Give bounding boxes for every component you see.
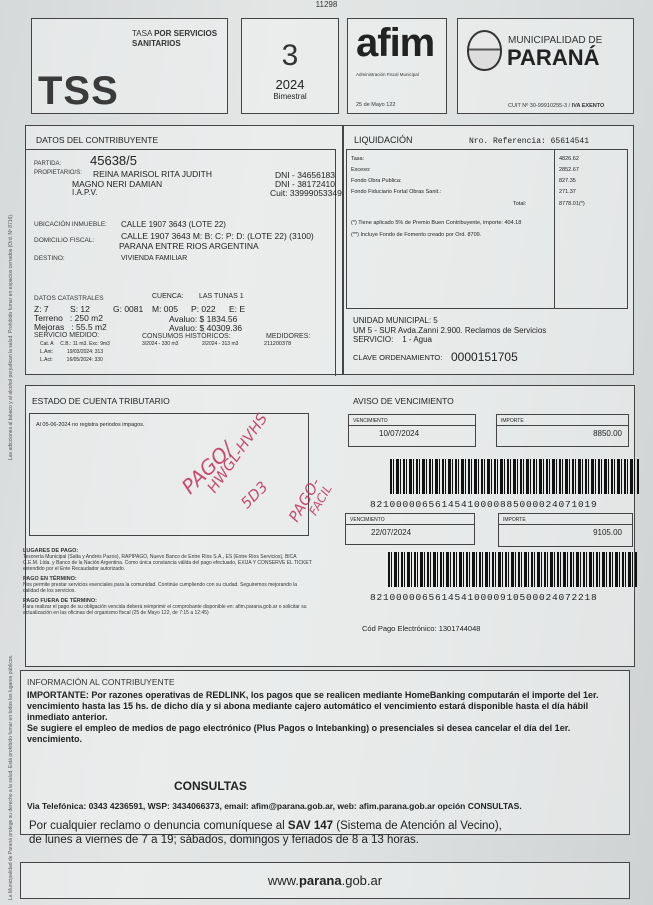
concept: Exceso: (351, 167, 371, 173)
destination-value: VIVIENDA FAMILIAR (121, 255, 187, 262)
concept: Fondo Obra Publica: (351, 178, 401, 184)
period-number: 3 (242, 39, 338, 73)
complaints-hours: de lunes a viernes de 7 a 19; sábados, d… (29, 834, 419, 846)
website-footer: www.parana.gob.ar (20, 862, 630, 899)
barcode-first (390, 459, 640, 494)
total-label: Total: (513, 201, 526, 207)
second-amount-box: IMPORTE 9105.00 (498, 513, 633, 547)
due-date-label: VENCIMIENTO (349, 415, 475, 426)
improvements-appraisal: Avaluo: $ 40309.36 (169, 323, 242, 333)
website-prefix: www. (268, 873, 299, 888)
inquiries-contact: Via Telefónica: 0343 4236591, WSP: 34340… (27, 801, 522, 811)
reference-number: Nro. Referencia: 65614541 (469, 137, 589, 146)
taxpayer-details: PARTIDA: 45638/5 PROPIETARIO/S: REINA MA… (26, 149, 336, 376)
total-amount: 8778.01(*) (559, 201, 585, 207)
first-due-date: 10/07/2024 (349, 426, 475, 441)
previous-reading: L.Ant: 19/03/2024: 313 (40, 349, 103, 355)
municipality-box: MUNICIPALIDAD DE PARANÁ CUIT Nº 30-99910… (457, 18, 634, 114)
complaints-text: Por cualquier reclamo o denuncia comuníq… (29, 819, 502, 847)
taxpayer-title: DATOS DEL CONTRIBUYENTE (36, 135, 158, 145)
cadastral-label: DATOS CATASTRALES (34, 295, 104, 302)
fiscal-address-line2: PARANA ENTRE RIOS ARGENTINA (119, 241, 259, 251)
tax-name: TASA POR SERVICIOS SANITARIOS (132, 29, 217, 49)
category: Cat. A C.B.: 11 m3. Exc: 9m3 (40, 341, 110, 347)
metered-service-label: SERVICIO MEDIDO: (34, 332, 99, 339)
concept: Fondo Fiduciario Fortal Obras Sanit.: (351, 189, 441, 195)
barcode-first-number: 82100000656145410000885000024071019 (370, 499, 598, 510)
first-amount-box: IMPORTE 8850.00 (496, 414, 629, 447)
partida-label: PARTIDA: (34, 161, 61, 167)
meters-label: MEDIDORES: (266, 333, 310, 340)
municipality-line2: PARANÁ (507, 45, 599, 71)
owner-id: Cuit: 33999053349 (270, 188, 342, 198)
iva-status: IVA EXENTO (572, 103, 605, 109)
late-payment-text: Para realizar el pago de su obligación v… (23, 604, 313, 616)
cadastral-g: G: 0081 (113, 304, 143, 314)
settlement-title: LIQUIDACIÓN (354, 135, 413, 145)
account-status-message: Al 05-06-2024 no registra periodos impag… (36, 422, 145, 428)
electronic-payment-code: Cód Pago Electrónico: 1301744048 (362, 624, 480, 633)
ordering-key: 0000151705 (451, 350, 518, 364)
agency-address: 25 de Mayo 122 (356, 102, 395, 108)
info-title: INFORMACIÓN AL CONTRIBUYENTE (27, 677, 175, 687)
basin-value: LAS TUNAS 1 (199, 293, 244, 300)
complaints-pre: Por cualquier reclamo o denuncia comuníq… (29, 820, 288, 832)
tax-type-header: TASA POR SERVICIOS SANITARIOS TSS (31, 18, 228, 114)
amount: 4826.62 (559, 156, 579, 162)
note-fund: (**) Incluye Fondo de Fomento creado por… (351, 232, 481, 238)
service: SERVICIO: 1 - Agua (353, 335, 432, 344)
consumption-1: 3/2024 - 330 m3 (142, 341, 178, 347)
second-due-date: 22/07/2024 (346, 525, 474, 540)
location-value: CALLE 1907 3643 (LOTE 22) (121, 220, 226, 229)
amount: 827.35 (559, 178, 576, 184)
cadastral-e: E: E (229, 304, 245, 314)
tax-name-bold: POR SERVICIOS (154, 29, 217, 38)
account-status-section: ESTADO DE CUENTA TRIBUTARIO Al 05-06-202… (25, 385, 635, 667)
payment-info: LUGARES DE PAGO: Tesorería Municipal (Sa… (23, 544, 313, 616)
website-suffix: .gob.ar (342, 873, 382, 888)
agency-box: afim Administración Fiscal Municipal 25 … (347, 18, 447, 114)
municipal-unit: UNIDAD MUNICIPAL: 5 (353, 316, 438, 325)
website-domain: parana (299, 873, 342, 888)
barcode-second-number: 82100000656145410000910500024072218 (370, 592, 598, 603)
period-type: Bimestral (242, 92, 338, 101)
first-amount: 8850.00 (497, 426, 628, 441)
note-discount: (*) Tiene aplicado 5% de Premio Buen Con… (351, 220, 521, 226)
info-text: IMPORTANTE: Por razones operativas de RE… (27, 690, 627, 745)
destination-label: DESTINO: (34, 255, 65, 262)
side-note-2: La Municipalidad de Paraná protege su de… (8, 530, 14, 900)
due-notice-title: AVISO DE VENCIMIENTO (353, 396, 454, 406)
tax-name-line2: SANITARIOS (132, 39, 181, 48)
concept: Tasa: (351, 156, 364, 162)
account-status-box: Al 05-06-2024 no registra periodos impag… (29, 413, 309, 536)
cadastral-p: P: 022 (191, 304, 216, 314)
owner-name: REINA MARISOL RITA JUDITH (93, 169, 212, 179)
period-year: 2024 (242, 77, 338, 92)
amount: 2852.67 (559, 167, 579, 173)
settlement-section: LIQUIDACIÓN Nro. Referencia: 65614541 Ta… (343, 125, 634, 375)
barcode-second (388, 552, 638, 587)
complaints-post: (Sistema de Atención al Vecino), (333, 820, 502, 832)
amount-label: IMPORTE (497, 415, 628, 426)
cuit-number: CUIT Nº 30-99910255-3 / (508, 103, 572, 109)
tax-code: TSS (38, 69, 119, 114)
inquiries-title: CONSULTAS (174, 779, 247, 793)
second-due-date-box: VENCIMIENTO 22/07/2024 (345, 513, 475, 545)
cuit-label: CUIT Nº 30-99910255-3 / IVA EXENTO (508, 103, 604, 109)
document-number: 11298 (0, 0, 653, 9)
second-amount: 9105.00 (499, 525, 632, 540)
ordering-key-label: CLAVE ORDENAMIENTO: (353, 353, 442, 362)
owner-name: I.A.P.V. (72, 188, 97, 197)
history-label: CONSUMOS HISTÓRICOS: (142, 333, 231, 340)
first-due-date-box: VENCIMIENTO 10/07/2024 (348, 414, 476, 447)
afim-logo: afim (356, 21, 434, 66)
municipal-unit-address: UM 5 - SUR Avda.Zanni 2.900. Reclamos de… (353, 326, 546, 335)
tax-name-prefix: TASA (132, 29, 154, 38)
agency-name: Administración Fiscal Municipal (356, 72, 419, 77)
consumption-2: 2/2024 - 313 m3 (202, 341, 238, 347)
partida-value: 45638/5 (90, 153, 137, 168)
current-reading: L.Act: 16/05/2024: 330 (40, 357, 103, 363)
info-suggestion: Se sugiere el empleo de medios de pago e… (27, 723, 627, 745)
amount-label: IMPORTE (499, 514, 632, 525)
coat-of-arms-icon (467, 30, 502, 71)
payment-places-text: Tesorería Municipal (Salta y Andrés Pazo… (23, 554, 313, 572)
side-note-1: Las adicciones al tabaco y al alcohol pe… (8, 130, 14, 460)
owners-label: PROPIETARIO/S: (34, 170, 82, 176)
location-label: UBICACIÓN INMUEBLE: (34, 221, 107, 228)
complaints-line: SAV 147 (288, 820, 333, 832)
taxpayer-info-section: INFORMACIÓN AL CONTRIBUYENTE IMPORTANTE:… (20, 670, 630, 835)
amount: 271.37 (559, 189, 576, 195)
taxpayer-section: DATOS DEL CONTRIBUYENTE PARTIDA: 45638/5… (25, 125, 343, 375)
account-status-title: ESTADO DE CUENTA TRIBUTARIO (32, 396, 170, 406)
meter-number: 211200378 (264, 341, 291, 347)
period-box: 3 2024 Bimestral (241, 18, 339, 114)
basin-label: CUENCA: (152, 293, 184, 300)
fiscal-address-line1: CALLE 1907 3643 M: B: C: P: D: (LOTE 22)… (121, 231, 314, 241)
info-important: IMPORTANTE: Por razones operativas de RE… (27, 690, 627, 723)
on-time-text: Nos permite prestar servicios esenciales… (23, 582, 313, 594)
improvements-area: Mejoras : 55.5 m2 (34, 322, 107, 332)
cadastral-m: M: 005 (152, 304, 178, 314)
due-date-label: VENCIMIENTO (346, 514, 474, 525)
settlement-table: Tasa: 4826.62 Exceso: 2852.67 Fondo Obra… (346, 149, 628, 309)
fiscal-address-label: DOMICILIO FISCAL: (34, 237, 94, 244)
